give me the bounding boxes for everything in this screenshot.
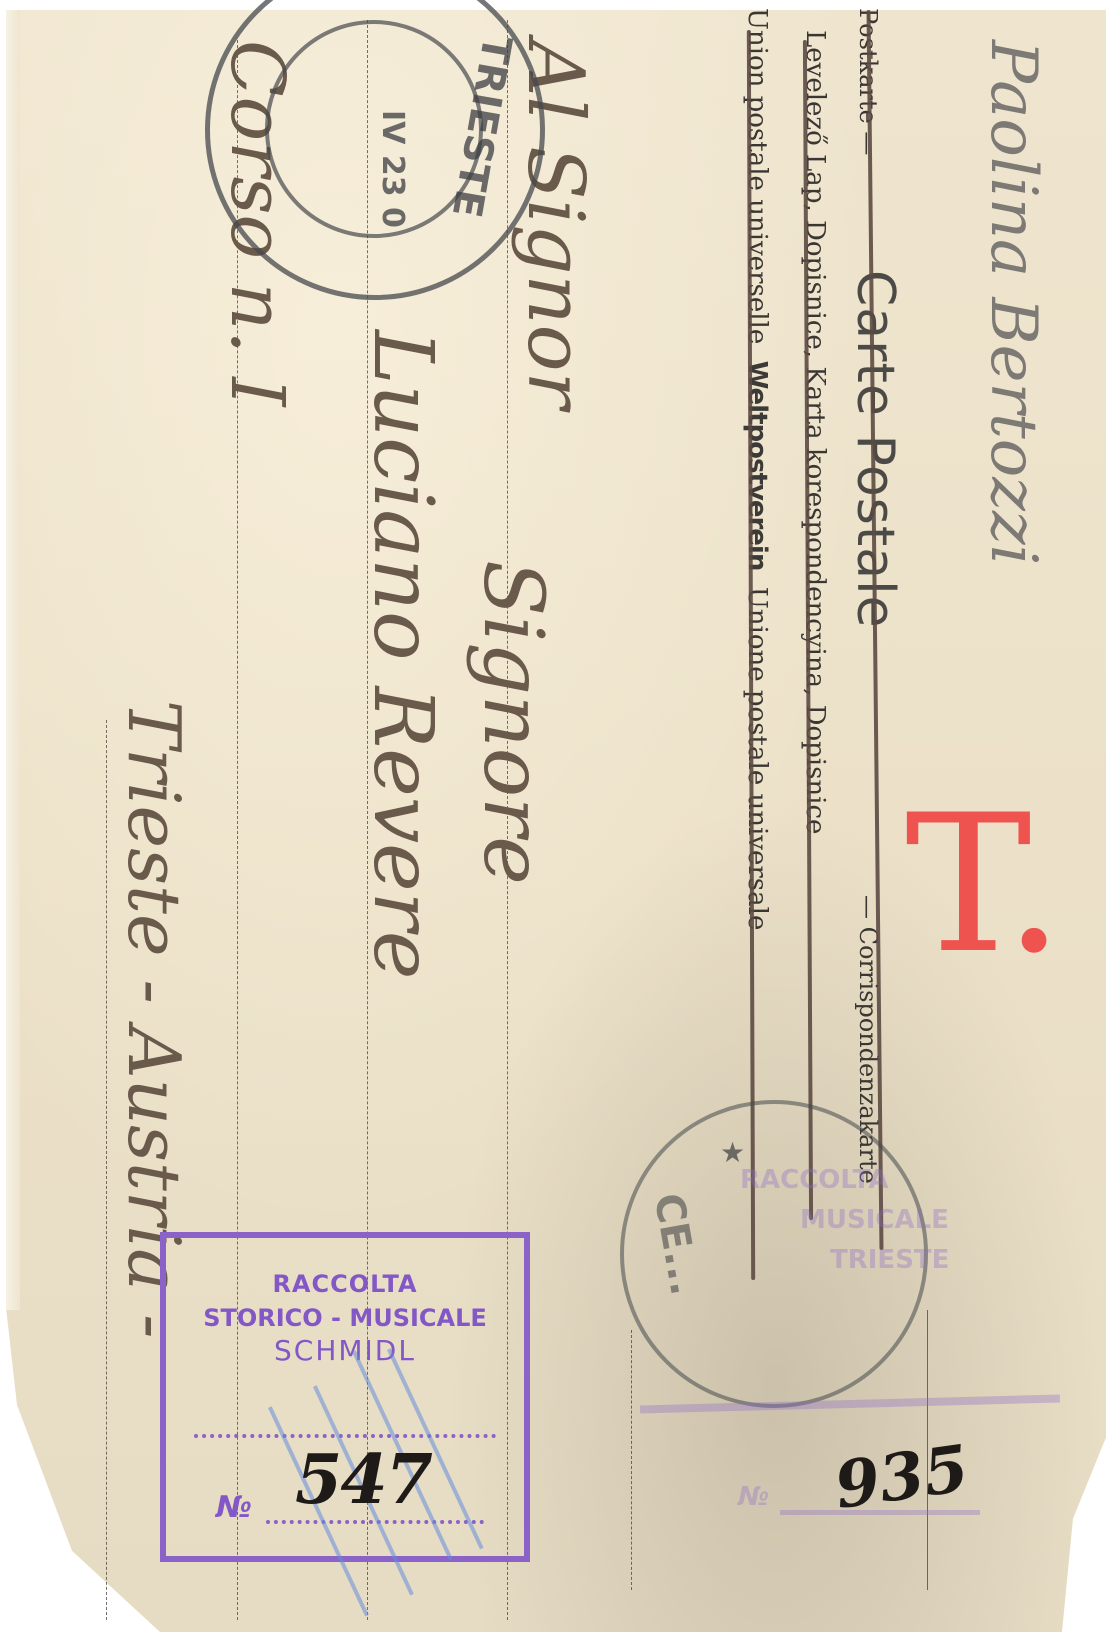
postage-due-mark: T. <box>905 790 1064 980</box>
archive-stamp-faded-line-3: TRIESTE <box>830 1245 949 1275</box>
address-rule-1 <box>106 720 107 1620</box>
postmark-top-date: IV 23 0 <box>375 110 410 228</box>
archive-stamp-faded-line-1: RACCOLTA <box>740 1165 889 1195</box>
address-rule-5 <box>631 1330 632 1590</box>
archive-stamp-line-2: STORICO - MUSICALE <box>166 1304 524 1332</box>
archive-stamp-faded-line-2: MUSICALE <box>800 1205 949 1235</box>
archive-stamp-rule <box>194 1434 496 1438</box>
card-edge <box>6 10 20 1310</box>
address-line-3: Luciano Revere <box>355 330 450 979</box>
archive-stamp-number-label: № <box>216 1490 252 1525</box>
archive-stamp-line-3: SCHMIDL <box>166 1334 524 1367</box>
sender-name: Paolina Bertozzi <box>976 40 1050 565</box>
archive-stamp-faded-number-label: № <box>738 1482 769 1512</box>
archive-stamp-line-1: RACCOLTA <box>166 1270 524 1298</box>
address-line-2: Signore <box>465 560 560 885</box>
collection-number-547: 547 <box>295 1440 431 1520</box>
